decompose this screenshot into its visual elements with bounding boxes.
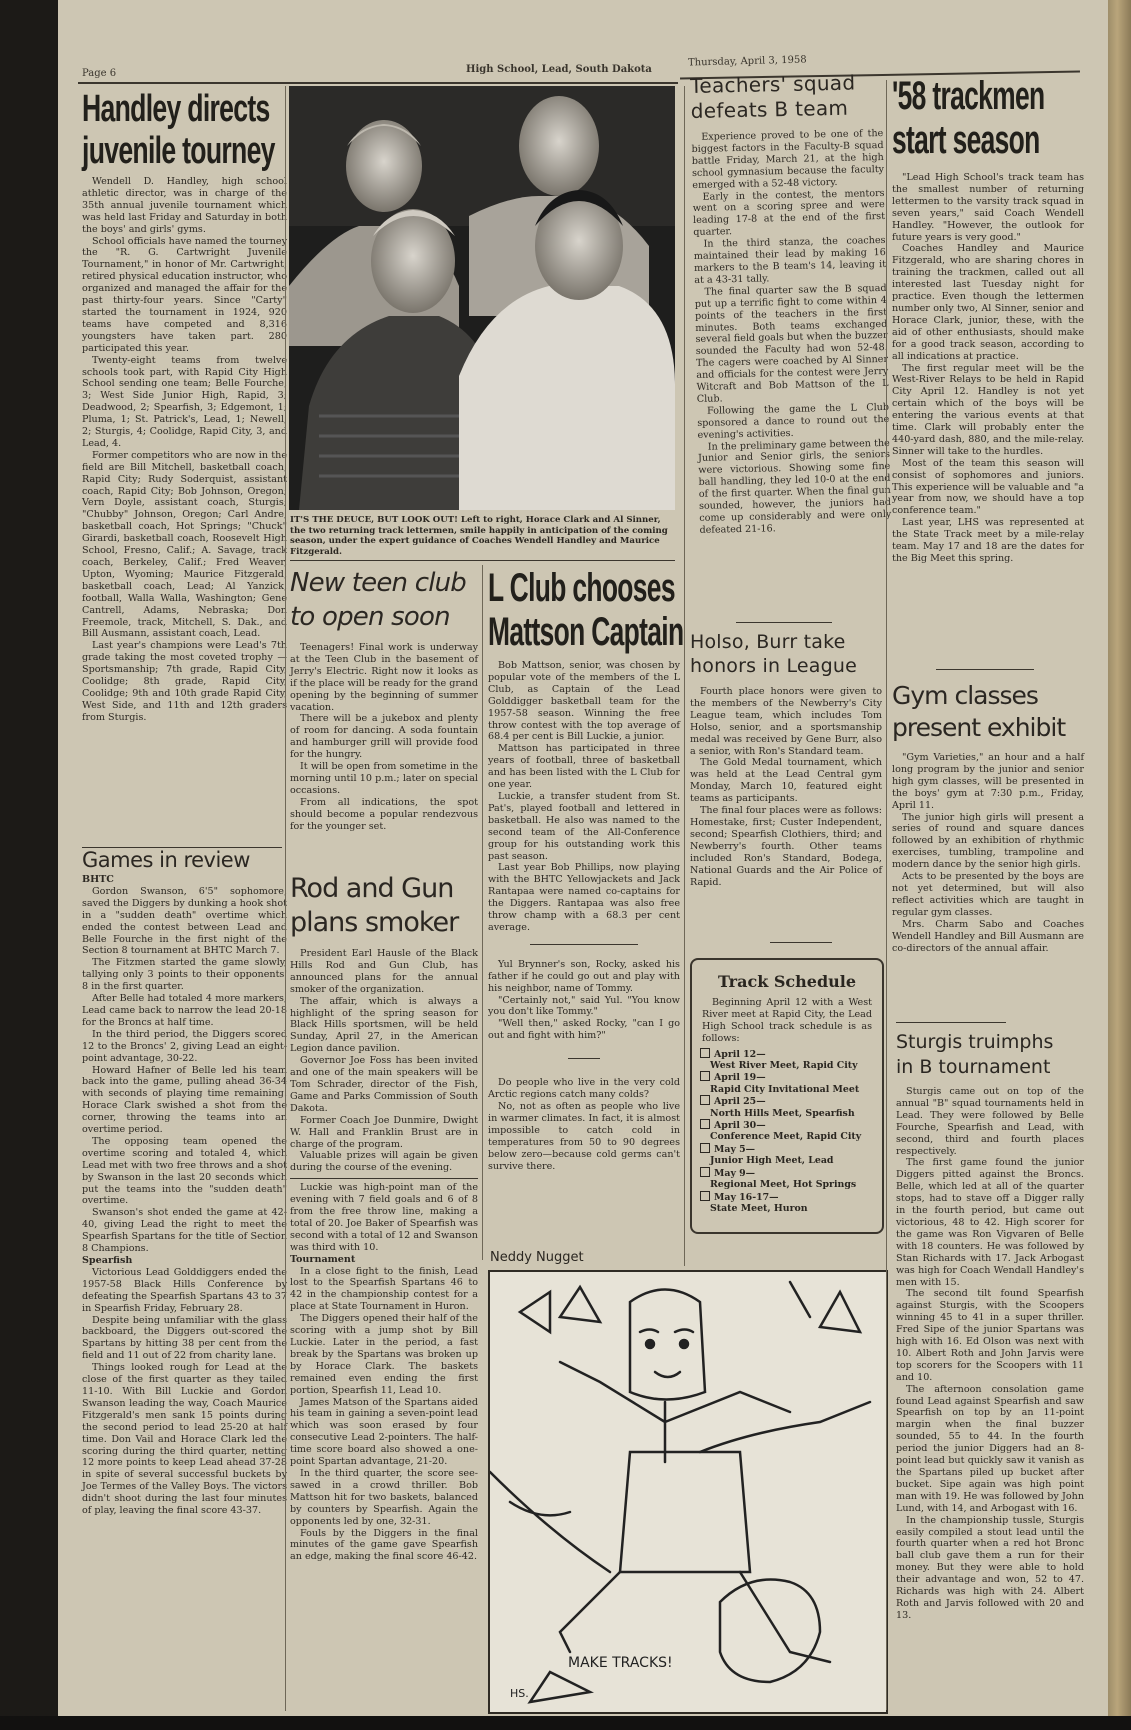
paragraph: Despite being unfamiliar with the glass …: [82, 1315, 287, 1363]
cartoon-speech: MAKE TRACKS!: [568, 1655, 673, 1671]
paragraph: The afternoon consolation game found Lea…: [896, 1384, 1084, 1515]
divider: [530, 944, 638, 945]
schedule-item: May 9—Regional Meet, Hot Springs: [700, 1167, 874, 1191]
paragraph: Former competitors who are now in the fi…: [82, 450, 287, 641]
paragraph: James Matson of the Spartans aided his t…: [290, 1397, 478, 1468]
masthead-rule: [78, 82, 678, 84]
headline-teachers-1: Teachers' squad: [690, 70, 882, 99]
article-body: President Earl Hausle of the Black Hills…: [290, 948, 478, 1174]
schedule-date: May 9—: [714, 1168, 755, 1179]
article-body: "Gym Varieties," an hour and a half long…: [892, 752, 1084, 954]
paragraph: Gordon Swanson, 6'5" sophomore, saved th…: [82, 886, 287, 957]
divider: [290, 1178, 478, 1179]
article-holso-burr: Holso, Burr take honors in League Fourth…: [690, 630, 882, 888]
column-rule: [482, 565, 483, 1260]
schedule-event: West River Meet, Rapid City: [700, 1060, 874, 1071]
headline-teen-club-2: to open soon: [290, 600, 478, 634]
paragraph: In the third stanza, the coaches maintai…: [693, 235, 886, 287]
divider: [568, 1058, 600, 1059]
headline-trackmen-2: start season: [892, 118, 1090, 162]
article-body: Teenagers! Final work is underway at the…: [290, 642, 478, 833]
headline-teachers-2: defeats B team: [691, 95, 883, 124]
schedule-item: April 30—Conference Meet, Rapid City: [700, 1119, 874, 1143]
article-trackmen: '58 trackmen start season "Lead High Sch…: [892, 74, 1084, 565]
divider: [736, 622, 832, 623]
paragraph: Swanson's shot ended the game at 42-40, …: [82, 1207, 287, 1255]
article-gym-classes: Gym classes present exhibit "Gym Varieti…: [892, 680, 1084, 954]
checkbox-icon: [700, 1167, 710, 1177]
publication-name: High School, Lead, South Dakota: [466, 64, 652, 75]
column-rule: [886, 80, 887, 1710]
photo-image: [289, 86, 675, 510]
schedule-date: April 19—: [714, 1072, 766, 1083]
schedule-event: Junior High Meet, Lead: [700, 1155, 874, 1166]
article-l-club: L Club chooses Mattson Captain Bob Matts…: [488, 566, 680, 1172]
paragraph: The Fitzmen started the game slowly, tal…: [82, 957, 287, 993]
paragraph: The final quarter saw the B squad put up…: [694, 283, 888, 406]
schedule-date: April 12—: [714, 1049, 766, 1060]
article-games-in-review: Games in review BHTC Gordon Swanson, 6'5…: [82, 850, 287, 1517]
paragraph: Beginning April 12 with a West River mee…: [702, 997, 872, 1045]
cartoon-title: Neddy Nugget: [490, 1250, 584, 1265]
article-handley: Handley directs juvenile tourney Wendell…: [82, 90, 287, 724]
divider: [936, 669, 1034, 670]
paragraph: Valuable prizes will again be given duri…: [290, 1150, 478, 1174]
paragraph: It will be open from sometime in the mor…: [290, 761, 478, 797]
schedule-item: April 12—West River Meet, Rapid City: [700, 1048, 874, 1072]
paragraph: The first game found the junior Diggers …: [896, 1157, 1084, 1288]
paragraph: "Lead High School's track team has the s…: [892, 172, 1084, 243]
column-rule: [684, 86, 685, 1266]
paragraph: The Diggers opened their half of the sco…: [290, 1313, 478, 1396]
article-body: Fourth place honors were given to the me…: [690, 686, 882, 888]
paragraph: Most of the team this season will consis…: [892, 458, 1084, 518]
filler-yul-brynner: Yul Brynner's son, Rocky, asked his fath…: [488, 959, 680, 1042]
divider: [896, 1022, 1006, 1023]
article-body: Bob Mattson, senior, was chosen by popul…: [488, 660, 680, 934]
track-schedule-list: April 12—West River Meet, Rapid City Apr…: [692, 1045, 882, 1215]
paragraph: In the third quarter, the score see-sawe…: [290, 1468, 478, 1528]
page-label: Page 6: [82, 68, 116, 79]
paragraph: Coaches Handley and Maurice Fitzgerald, …: [892, 243, 1084, 362]
checkbox-icon: [700, 1095, 710, 1105]
paragraph: Last year Bob Phillips, now playing with…: [488, 862, 680, 933]
paragraph: School officials have named the tourney …: [82, 236, 287, 355]
paragraph: Bob Mattson, senior, was chosen by popul…: [488, 660, 680, 743]
headline-trackmen-1: '58 trackmen: [892, 74, 1090, 118]
schedule-date: April 25—: [714, 1096, 766, 1107]
checkbox-icon: [700, 1048, 710, 1058]
paragraph: "Well then," asked Rocky, "can I go out …: [488, 1018, 680, 1042]
paragraph: In the third period, the Diggers scored …: [82, 1029, 287, 1065]
headline-teen-club-1: New teen club: [290, 566, 478, 600]
track-schedule-intro: Beginning April 12 with a West River mee…: [692, 991, 882, 1045]
paragraph: Fourth place honors were given to the me…: [690, 686, 882, 757]
paragraph: Twenty-eight teams from twelve schools t…: [82, 355, 287, 450]
article-body: Sturgis came out on top of the annual "B…: [896, 1086, 1084, 1622]
paragraph: President Earl Hausle of the Black Hills…: [290, 948, 478, 996]
schedule-event: Rapid City Invitational Meet: [700, 1084, 874, 1095]
article-body: Experience proved to be one of the bigge…: [691, 128, 891, 537]
photo-track-lettermen: [289, 86, 675, 510]
headline-l-club-2: Mattson Captain: [488, 610, 686, 654]
headline-holso-2: honors in League: [690, 654, 882, 678]
headline-gym-2: present exhibit: [892, 712, 1084, 744]
article-body: "Lead High School's track team has the s…: [892, 172, 1084, 565]
subhead-spearfish: Spearfish: [82, 1255, 287, 1267]
schedule-date: May 16-17—: [714, 1192, 779, 1203]
schedule-event: State Meet, Huron: [700, 1203, 874, 1214]
article-body: Wendell D. Handley, high school athletic…: [82, 176, 287, 724]
paragraph: Last year, LHS was represented at the St…: [892, 517, 1084, 565]
checkbox-icon: [700, 1119, 710, 1129]
subhead-tournament: Tournament: [290, 1254, 478, 1266]
headline-handley-2: juvenile tourney: [82, 132, 285, 170]
schedule-item: May 16-17—State Meet, Huron: [700, 1191, 874, 1215]
paragraph: Early in the contest, the mentors went o…: [692, 187, 885, 239]
article-body: BHTC Gordon Swanson, 6'5" sophomore, sav…: [82, 874, 287, 1517]
paragraph: Wendell D. Handley, high school athletic…: [82, 176, 287, 236]
headline-sturgis-1: Sturgis truimphs: [896, 1030, 1084, 1055]
headline-sturgis-2: in B tournament: [896, 1055, 1084, 1080]
paragraph: In the preliminary game between the Juni…: [698, 437, 892, 536]
paragraph: Last year's champions were Lead's 7th gr…: [82, 640, 287, 723]
headline-holso-1: Holso, Burr take: [690, 630, 882, 654]
schedule-item: April 19—Rapid City Invitational Meet: [700, 1071, 874, 1095]
divider: [290, 560, 675, 561]
paragraph: Luckie was high-point man of the evening…: [290, 1182, 478, 1253]
paragraph: Governor Joe Foss has been invited and o…: [290, 1055, 478, 1115]
paragraph: Former Coach Joe Dunmire, Dwight W. Hall…: [290, 1115, 478, 1151]
schedule-date: April 30—: [714, 1120, 766, 1131]
track-schedule-title: Track Schedule: [692, 972, 882, 991]
paragraph: No, not as often as people who live in w…: [488, 1101, 680, 1172]
headline-rod-gun-1: Rod and Gun: [290, 872, 478, 906]
checkbox-icon: [700, 1143, 710, 1153]
page-edge: [1108, 0, 1131, 1730]
schedule-event: Conference Meet, Rapid City: [700, 1131, 874, 1142]
paragraph: Do people who live in the very cold Arct…: [488, 1077, 680, 1101]
paragraph: Following the game the L Club sponsored …: [697, 402, 890, 442]
headline-rod-gun-2: plans smoker: [290, 906, 478, 940]
paragraph: The final four places were as follows: H…: [690, 805, 882, 888]
paragraph: "Certainly not," said Yul. "You know you…: [488, 995, 680, 1019]
paragraph: The junior high girls will present a ser…: [892, 812, 1084, 872]
checkbox-icon: [700, 1191, 710, 1201]
article-teachers-squad: Teachers' squad defeats B team Experienc…: [690, 70, 892, 537]
paragraph: Mrs. Charm Sabo and Coaches Wendell Hand…: [892, 919, 1084, 955]
paragraph: Yul Brynner's son, Rocky, asked his fath…: [488, 959, 680, 995]
paragraph: Experience proved to be one of the bigge…: [691, 128, 884, 192]
paragraph: "Gym Varieties," an hour and a half long…: [892, 752, 1084, 812]
schedule-item: April 25—North Hills Meet, Spearfish: [700, 1095, 874, 1119]
page-bottom-edge: [0, 1716, 1131, 1730]
paragraph: In a close fight to the finish, Lead los…: [290, 1266, 478, 1314]
paragraph: Mattson has participated in three years …: [488, 743, 680, 791]
paragraph: The second tilt found Spearfish against …: [896, 1288, 1084, 1383]
paragraph: Sturgis came out on top of the annual "B…: [896, 1086, 1084, 1157]
headline-games: Games in review: [82, 850, 287, 871]
subhead-bhtc: BHTC: [82, 874, 287, 886]
paragraph: Things looked rough for Lead at the clos…: [82, 1362, 287, 1517]
article-sturgis: Sturgis truimphs in B tournament Sturgis…: [896, 1030, 1084, 1622]
schedule-date: May 5—: [714, 1144, 755, 1155]
article-rod-and-gun: Rod and Gun plans smoker President Earl …: [290, 872, 478, 1563]
paragraph: Howard Hafner of Belle led his team back…: [82, 1065, 287, 1136]
schedule-event: North Hills Meet, Spearfish: [700, 1108, 874, 1119]
schedule-event: Regional Meet, Hot Springs: [700, 1179, 874, 1190]
paragraph: Teenagers! Final work is underway at the…: [290, 642, 478, 713]
paragraph: Fouls by the Diggers in the final minute…: [290, 1528, 478, 1564]
paragraph: The affair, which is always a highlight …: [290, 996, 478, 1056]
paragraph: After Belle had totaled 4 more markers, …: [82, 993, 287, 1029]
paragraph: From all indications, the spot should be…: [290, 797, 478, 833]
track-schedule-box: Track Schedule Beginning April 12 with a…: [690, 958, 884, 1234]
headline-l-club-1: L Club chooses: [488, 566, 686, 610]
cartoon-drawing: MAKE TRACKS! HS.: [490, 1272, 886, 1712]
paragraph: Luckie, a transfer student from St. Pat'…: [488, 791, 680, 862]
paragraph: The first regular meet will be the West-…: [892, 363, 1084, 458]
paragraph: The Gold Medal tournament, which was hel…: [690, 757, 882, 805]
games-continuation: Luckie was high-point man of the evening…: [290, 1182, 478, 1563]
cartoon-neddy-nugget: MAKE TRACKS! HS.: [488, 1270, 888, 1714]
cartoon-signature: HS.: [510, 1687, 529, 1700]
headline-handley-1: Handley directs: [82, 90, 285, 128]
headline-gym-1: Gym classes: [892, 680, 1084, 712]
paragraph: The opposing team opened the overtime sc…: [82, 1136, 287, 1207]
schedule-item: May 5—Junior High Meet, Lead: [700, 1143, 874, 1167]
checkbox-icon: [700, 1071, 710, 1081]
photo-caption: IT'S THE DEUCE, BUT LOOK OUT! Left to ri…: [290, 515, 675, 557]
paragraph: In the championship tussle, Sturgis easi…: [896, 1515, 1084, 1622]
article-teen-club: New teen club to open soon Teenagers! Fi…: [290, 566, 478, 833]
divider: [770, 942, 832, 943]
filler-arctic-colds: Do people who live in the very cold Arct…: [488, 1077, 680, 1172]
paragraph: Acts to be presented by the boys are not…: [892, 871, 1084, 919]
column-rule: [285, 86, 286, 1711]
paragraph: Victorious Lead Golddiggers ended the 19…: [82, 1267, 287, 1315]
paragraph: There will be a jukebox and plenty of ro…: [290, 713, 478, 761]
